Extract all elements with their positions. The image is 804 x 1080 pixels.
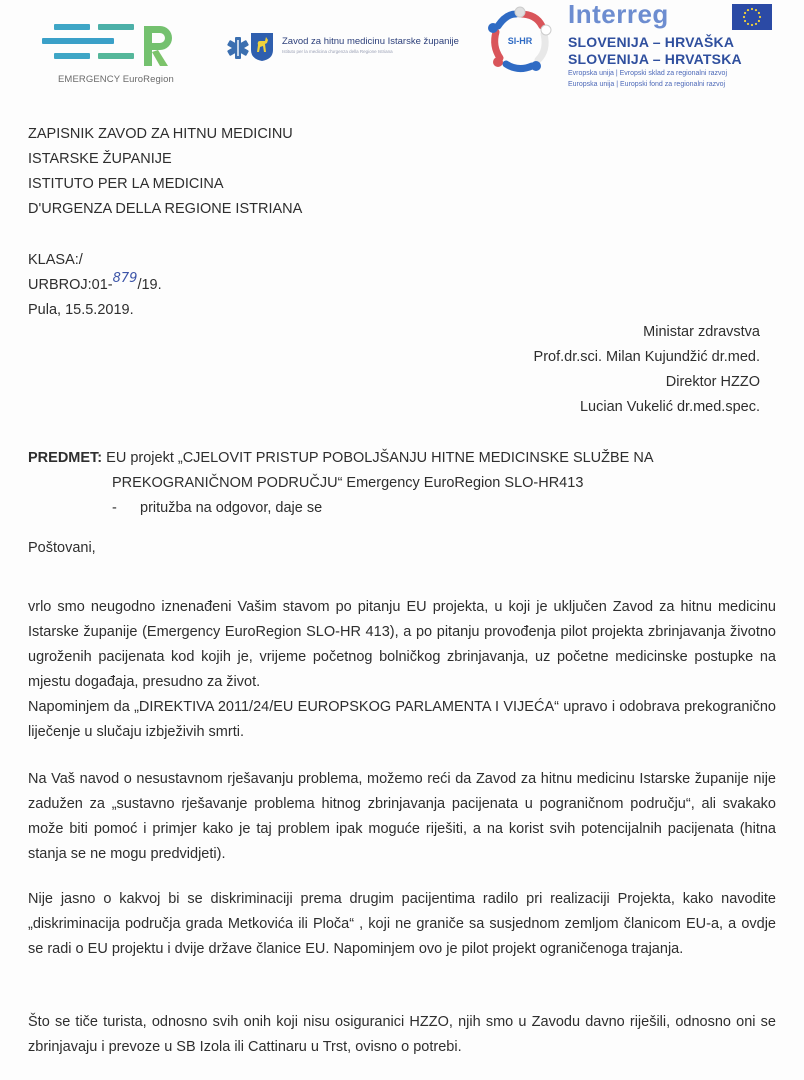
zavod-hitna-medicina-logo: Zavod za hitnu medicinu Istarske županij… — [226, 32, 466, 68]
body-paragraph: Nije jasno o kakvoj bi se diskriminaciji… — [28, 887, 776, 962]
si-hr-logo: SI-HR — [484, 4, 556, 76]
interreg-line-1: SLOVENIJA – HRVAŠKA — [568, 34, 734, 50]
eer-caption: EMERGENCY EuroRegion — [58, 74, 174, 85]
sender-line: ZAPISNIK ZAVOD ZA HITNU MEDICINU — [28, 122, 302, 147]
subject-line-3: pritužba na odgovor, daje se — [140, 500, 322, 516]
interreg-title: Interreg — [568, 0, 669, 30]
sender-line: ISTITUTO PER LA MEDICINA — [28, 172, 302, 197]
recipient-line: Direktor HZZO — [534, 370, 760, 395]
emergency-euroregion-logo: EMERGENCY EuroRegion — [42, 18, 182, 86]
letter-page: EMERGENCY EuroRegion Zavod za hitnu medi… — [0, 0, 804, 1080]
urbroj-suffix: /19. — [137, 277, 161, 293]
sender-line: D'URGENZA DELLA REGIONE ISTRIANA — [28, 197, 302, 222]
greeting: Poštovani, — [28, 536, 96, 561]
interreg-logo: Interreg SLOVENIJA – HRVAŠKA SLOVENIJA –… — [566, 0, 802, 96]
paragraph-text: Napominjem da „DIREKTIVA 2011/24/EU EURO… — [28, 695, 776, 745]
body-paragraph: vrlo smo neugodno iznenađeni Vašim stavo… — [28, 595, 776, 745]
reference-block: KLASA:/ URBROJ:01-879/19. Pula, 15.5.201… — [28, 248, 162, 323]
sender-block: ZAPISNIK ZAVOD ZA HITNU MEDICINU ISTARSK… — [28, 122, 302, 222]
interreg-subline-1: Evropska unija | Evropski sklad za regio… — [568, 70, 727, 77]
subject-label: PREDMET: — [28, 450, 102, 466]
urbroj: URBROJ:01-879/19. — [28, 273, 162, 298]
recipient-line: Prof.dr.sci. Milan Kujundžić dr.med. — [534, 345, 760, 370]
paragraph-text: vrlo smo neugodno iznenađeni Vašim stavo… — [28, 595, 776, 695]
eu-flag-icon — [732, 4, 772, 30]
interreg-line-2: SLOVENIJA – HRVATSKA — [568, 51, 742, 67]
si-hr-mark: SI-HR — [508, 36, 533, 46]
subject-block: PREDMET: EU projekt „CJELOVIT PRISTUP PO… — [28, 446, 788, 521]
zhm-subtitle: Istituto per la medicina d'urgenza della… — [282, 49, 393, 54]
place-date: Pula, 15.5.2019. — [28, 298, 162, 323]
recipients-block: Ministar zdravstva Prof.dr.sci. Milan Ku… — [534, 320, 760, 420]
istria-coat-of-arms-icon — [250, 32, 274, 62]
subject-line-2: PREKOGRANIČNOM PODRUČJU“ Emergency EuroR… — [28, 471, 788, 496]
urbroj-prefix: URBROJ:01- — [28, 277, 113, 293]
zhm-title: Zavod za hitnu medicinu Istarske županij… — [282, 36, 459, 47]
body-paragraph: Na Vaš navod o nesustavnom rješavanju pr… — [28, 767, 776, 867]
urbroj-handwritten-number: 879 — [113, 271, 138, 286]
klasa: KLASA:/ — [28, 248, 162, 273]
star-of-life-icon — [226, 36, 250, 60]
interreg-subline-2: Europska unija | Europski fond za region… — [568, 81, 725, 88]
sender-line: ISTARSKE ŽUPANIJE — [28, 147, 302, 172]
recipient-line: Ministar zdravstva — [534, 320, 760, 345]
eer-r-letter-icon — [142, 24, 174, 68]
bullet-dash: - — [112, 496, 140, 521]
recipient-line: Lucian Vukelić dr.med.spec. — [534, 395, 760, 420]
subject-line-1: EU projekt „CJELOVIT PRISTUP POBOLJŠANJU… — [102, 450, 653, 466]
body-paragraph: Što se tiče turista, odnosno svih onih k… — [28, 1010, 776, 1060]
